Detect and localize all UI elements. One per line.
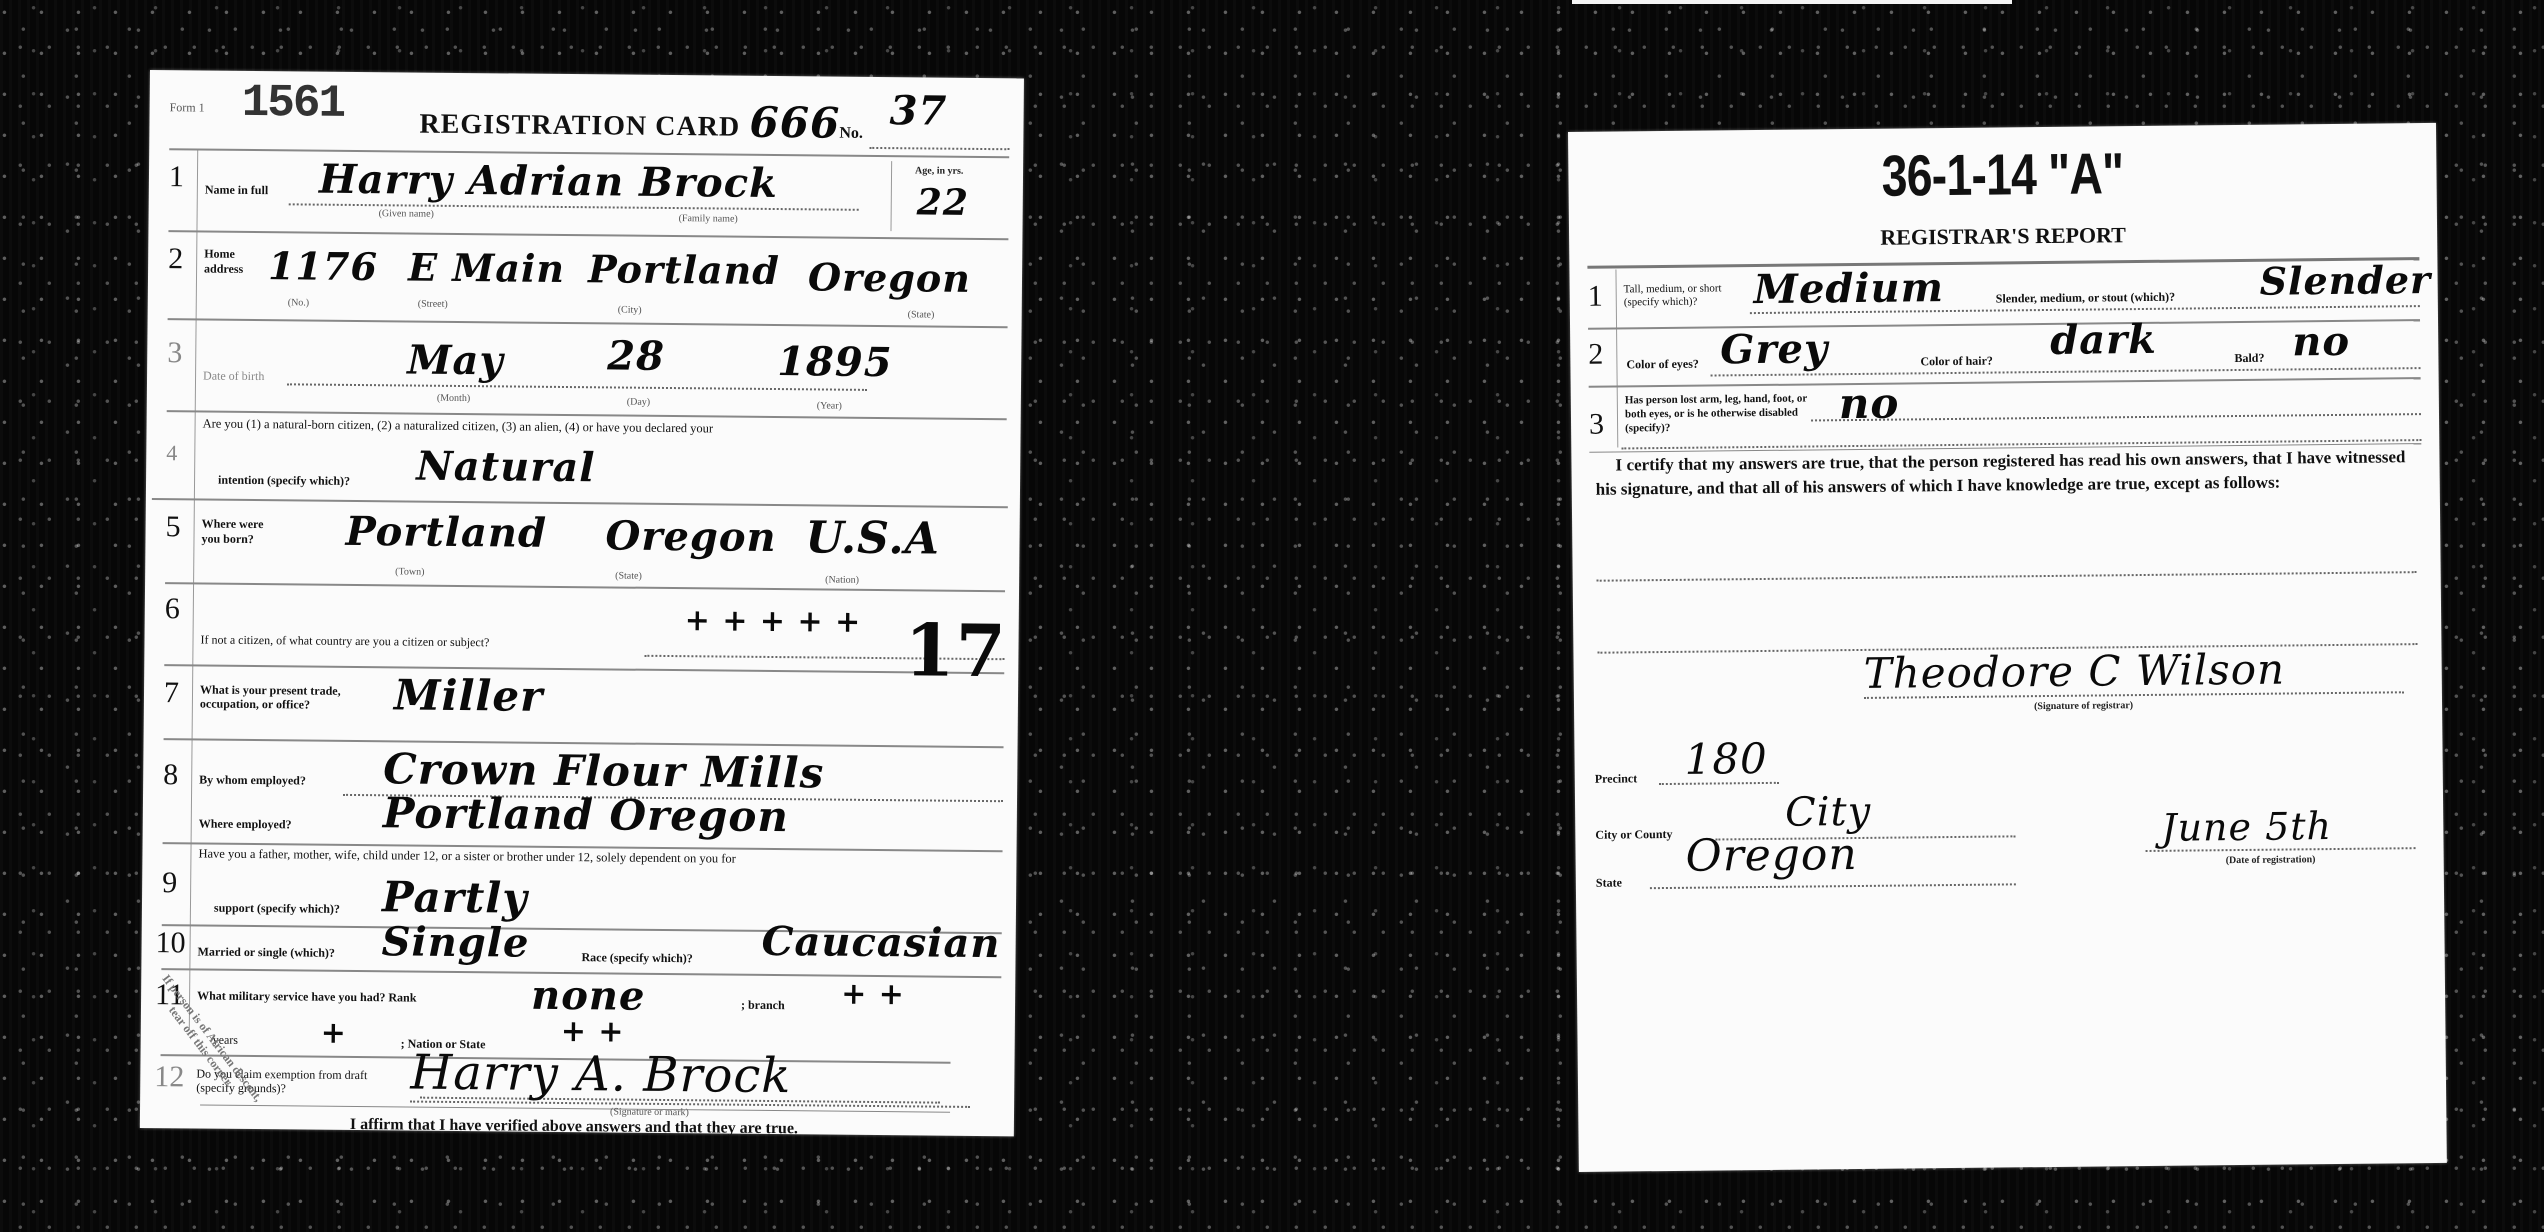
serial-number: 1561 [241, 77, 344, 130]
handwritten-card-number: 666 [749, 98, 840, 148]
rule [168, 318, 1008, 328]
dob-year: 1895 [777, 338, 893, 386]
age-value: 22 [917, 181, 970, 223]
row-number: 8 [163, 758, 178, 792]
rule [168, 230, 1008, 240]
dob-month: May [407, 336, 504, 384]
registrar-caption: (Signature of registrar) [2034, 700, 2133, 712]
eye-color-label: Color of eyes? [1626, 357, 1699, 373]
sublabel: (Town) [395, 566, 424, 577]
row-number: 7 [164, 676, 179, 710]
bald-value: no [2292, 318, 2350, 366]
nation-state-label: ; Nation or State [401, 1036, 486, 1052]
card-title: REGISTRATION CARD [419, 109, 740, 144]
margin-mark: 17 [904, 607, 1007, 693]
age-label: Age, in yrs. [915, 165, 963, 176]
military-rank-value: none [531, 972, 646, 1020]
height-label: Tall, medium, or short (specify which)? [1624, 282, 1754, 309]
row-number: 12 [154, 1060, 184, 1094]
row-number: 3 [167, 336, 182, 370]
rule [164, 664, 1004, 674]
citizen-country-value: + + + + + [685, 603, 862, 640]
eye-color-value: Grey [1720, 325, 1828, 373]
row-number: 6 [165, 592, 180, 626]
rule [161, 1054, 951, 1064]
branch-label: ; branch [741, 998, 785, 1013]
bald-label: Bald? [2234, 351, 2264, 366]
report-serial: 36-1-14 "A" [1655, 138, 2350, 212]
hair-color-value: dark [2050, 316, 2157, 364]
no-label: No. [839, 125, 863, 143]
build-label: Slender, medium, or stout (which)? [1996, 290, 2175, 307]
sublabel: (Given name) [379, 208, 434, 220]
row-number: 1 [1588, 280, 1603, 314]
sublabel: (Street) [418, 299, 448, 310]
precinct-value: 180 [1684, 734, 1768, 784]
row-number: 3 [1589, 408, 1604, 442]
build-value: Slender [2259, 257, 2431, 304]
registrar-signature: Theodore C Wilson [1863, 645, 2285, 698]
name-value: Harry Adrian Brock [319, 156, 778, 207]
rule [152, 498, 1008, 508]
sublabel: (Year) [817, 400, 842, 411]
row-number: 2 [168, 242, 183, 276]
dependents-question: Have you a father, mother, wife, child u… [198, 847, 736, 867]
citizenship-value: Natural [416, 443, 596, 492]
left-margin-rule [1615, 270, 1618, 448]
rule [200, 1105, 950, 1113]
nation-state-value: + + [561, 1014, 625, 1050]
rule [869, 147, 1009, 150]
address-state: Oregon [808, 254, 971, 301]
birthplace-label: Where were you born? [201, 517, 271, 548]
certification-text: I certify that my answers are true, that… [1595, 445, 2405, 501]
race-value: Caucasian [761, 918, 1000, 967]
disability-label: Has person lost arm, leg, hand, foot, or… [1625, 391, 1815, 435]
occupation-value: Miller [394, 670, 544, 720]
sublabel: (State) [615, 570, 642, 581]
state-label: State [1596, 875, 1622, 890]
address-street: E Main [408, 244, 565, 291]
row-number: 1 [169, 160, 184, 194]
row-number: 2 [1588, 338, 1603, 372]
rule [890, 161, 892, 231]
military-rank-label: What military service have you had? Rank [197, 988, 416, 1005]
adjacent-card-edge [1572, 0, 2012, 4]
address-number: 1176 [268, 243, 378, 289]
sublabel: (State) [908, 309, 935, 320]
sublabel: (Day) [627, 397, 650, 408]
registration-card: Form 1 1561 REGISTRATION CARD 666 No. 37… [140, 70, 1024, 1136]
rule [1659, 782, 1779, 785]
support-value: Partly [382, 872, 528, 922]
birth-town: Portland [345, 508, 547, 557]
sublabel: (No.) [288, 297, 309, 308]
branch-value: + + [841, 977, 905, 1013]
marital-value: Single [381, 918, 529, 966]
exceptions-line [1597, 571, 2417, 582]
affirmation-text: I affirm that I have verified above answ… [350, 1116, 798, 1138]
rule [1811, 413, 2421, 421]
date-caption: (Date of registration) [2226, 854, 2316, 866]
employment-place-value: Portland Oregon [383, 788, 789, 841]
intention-label: intention (specify which)? [218, 473, 350, 489]
height-value: Medium [1753, 264, 1944, 313]
name-label: Name in full [205, 183, 268, 199]
sublabel: (Nation) [825, 575, 859, 586]
address-city: Portland [588, 246, 780, 293]
employer-label: By whom employed? [199, 773, 306, 789]
birth-state: Oregon [605, 512, 777, 561]
address-label: Home address [204, 247, 264, 278]
years-value: + [321, 1016, 347, 1051]
registration-date-value: June 5th [2161, 804, 2332, 850]
birth-nation: U.S.A [805, 512, 940, 564]
registration-number: 37 [889, 87, 947, 135]
rule [420, 1097, 940, 1104]
hair-color-label: Color of hair? [1920, 354, 1993, 370]
dob-day: 28 [607, 332, 665, 380]
registrars-report-card: 36-1-14 "A" REGISTRAR'S REPORT 1 Tall, m… [1568, 123, 2447, 1172]
form-label: Form 1 [170, 100, 205, 115]
sublabel: (City) [618, 305, 642, 316]
rule [169, 148, 1009, 158]
marital-label: Married or single (which)? [197, 944, 335, 960]
dob-label: Date of birth [203, 369, 264, 385]
sublabel: (Month) [437, 393, 470, 404]
citizenship-question: Are you (1) a natural-born citizen, (2) … [203, 417, 714, 437]
row-number: 10 [155, 926, 185, 960]
left-margin-rule [189, 150, 198, 1030]
employment-place-label: Where employed? [199, 817, 292, 833]
state-value: Oregon [1685, 829, 1858, 882]
report-title: REGISTRAR'S REPORT [1569, 219, 2437, 254]
row-number: 5 [165, 510, 180, 544]
row-number: 9 [162, 866, 177, 900]
row-number: 4 [166, 440, 177, 466]
sublabel: (Family name) [679, 213, 738, 225]
rule [1650, 883, 2016, 889]
support-label: support (specify which)? [214, 901, 340, 917]
rule [1589, 377, 2421, 388]
rule [165, 582, 1005, 592]
city-label: City or County [1595, 827, 1672, 843]
race-label: Race (specify which)? [581, 950, 692, 966]
citizen-country-label: If not a citizen, of what country are yo… [200, 633, 489, 651]
occupation-label: What is your present trade, occupation, … [200, 683, 360, 713]
precinct-label: Precinct [1595, 771, 1638, 786]
